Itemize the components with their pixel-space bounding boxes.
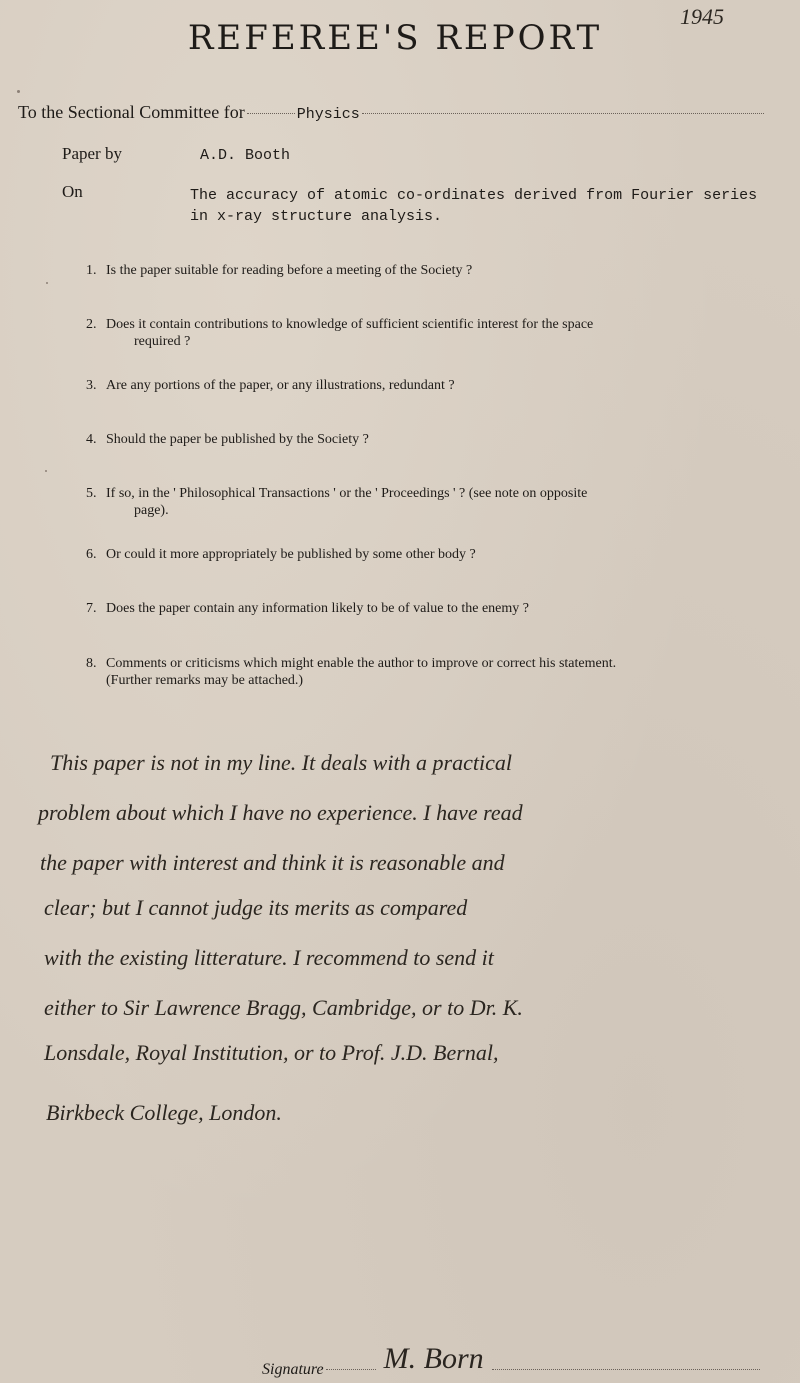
question-8: 8.Comments or criticisms which might ena… [86, 655, 776, 689]
question-1: 1.Is the paper suitable for reading befo… [86, 262, 776, 279]
on-label: On [62, 182, 83, 202]
committee-field: To the Sectional Committee for Physics [18, 102, 766, 123]
signature-value: M. Born [384, 1342, 484, 1376]
year-annotation: 1945 [680, 4, 724, 30]
handwritten-line: either to Sir Lawrence Bragg, Cambridge,… [44, 995, 523, 1021]
handwritten-line: the paper with interest and think it is … [40, 850, 505, 876]
question-6: 6.Or could it more appropriately be publ… [86, 546, 776, 563]
signature-field: Signature M. Born [262, 1348, 762, 1382]
paper-speck [17, 90, 20, 93]
paper-title-value: The accuracy of atomic co-ordinates deri… [190, 185, 770, 227]
dotted-line [362, 113, 764, 114]
handwritten-line: with the existing litterature. I recomme… [44, 945, 494, 971]
signature-label: Signature [262, 1361, 324, 1379]
question-3: 3.Are any portions of the paper, or any … [86, 377, 776, 394]
question-5: 5.If so, in the ' Philosophical Transact… [86, 485, 776, 519]
committee-label: To the Sectional Committee for [18, 102, 245, 123]
paper-speck [45, 470, 47, 472]
referee-report-page: REFEREE'S REPORT 1945 To the Sectional C… [0, 0, 800, 1383]
handwritten-line: This paper is not in my line. It deals w… [50, 750, 512, 776]
paper-by-value: A.D. Booth [200, 147, 290, 164]
paper-by-label: Paper by [62, 144, 122, 164]
handwritten-line: problem about which I have no experience… [38, 800, 523, 826]
committee-value: Physics [297, 106, 360, 123]
question-2: 2.Does it contain contributions to knowl… [86, 316, 776, 350]
handwritten-line: Birkbeck College, London. [46, 1100, 282, 1126]
dotted-line [492, 1369, 760, 1370]
dotted-line [247, 113, 295, 114]
page-title: REFEREE'S REPORT [0, 18, 790, 58]
question-4: 4.Should the paper be published by the S… [86, 431, 776, 448]
handwritten-line: clear; but I cannot judge its merits as … [44, 895, 467, 921]
paper-speck [46, 282, 48, 284]
handwritten-line: Lonsdale, Royal Institution, or to Prof.… [44, 1040, 498, 1066]
dotted-line [326, 1369, 376, 1370]
question-7: 7.Does the paper contain any information… [86, 600, 776, 617]
